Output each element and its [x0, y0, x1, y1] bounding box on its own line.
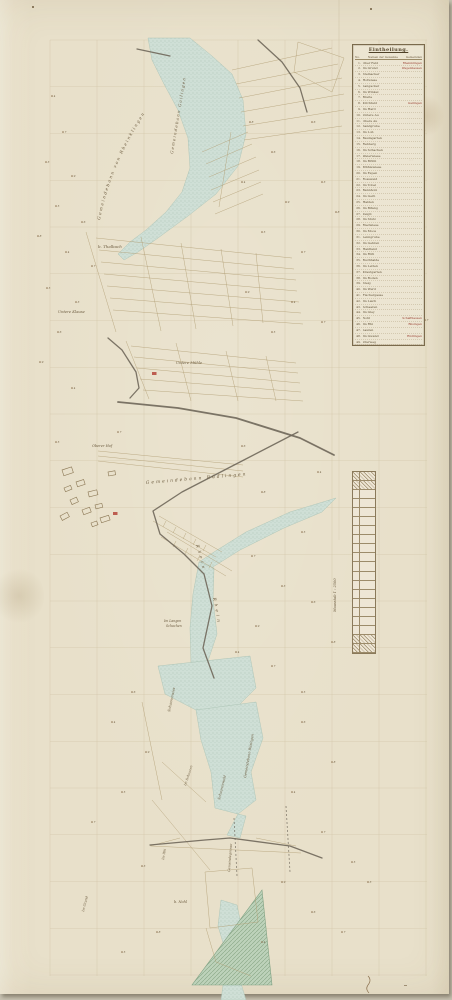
- survey-point: 5: [55, 440, 59, 444]
- svg-text:5: 5: [58, 440, 60, 444]
- parcel-line: [221, 249, 233, 326]
- svg-text:6: 6: [314, 120, 316, 124]
- survey-point: 8: [156, 930, 160, 934]
- parcel-line: [101, 262, 296, 280]
- svg-text:4: 4: [319, 470, 322, 474]
- parcel-line: [236, 64, 338, 84]
- svg-text:7: 7: [254, 554, 256, 558]
- svg-text:3: 3: [370, 880, 372, 884]
- scale-tick: [353, 472, 375, 481]
- parcel-line: [243, 110, 344, 126]
- survey-point: 9: [285, 200, 289, 204]
- margin-squiggle: [367, 976, 370, 993]
- rhine-river: [118, 38, 336, 1000]
- scale-tick: [353, 499, 375, 508]
- parcel-line: [113, 310, 303, 324]
- svg-text:5: 5: [124, 790, 126, 794]
- svg-text:6: 6: [244, 444, 246, 448]
- svg-text:6: 6: [60, 330, 62, 334]
- parcel-line: [183, 533, 186, 539]
- survey-point: 3: [141, 864, 145, 868]
- svg-text:8: 8: [334, 760, 336, 764]
- map-label: b. Thalbach: [98, 244, 122, 249]
- legend-header-no: No.: [355, 55, 360, 59]
- survey-point: 3: [321, 180, 325, 184]
- svg-text:8: 8: [334, 640, 336, 644]
- survey-point: 5: [121, 790, 125, 794]
- svg-text:4: 4: [237, 650, 240, 654]
- svg-text:3: 3: [78, 300, 80, 304]
- survey-point: 4: [317, 470, 321, 474]
- building-outline: [62, 467, 73, 476]
- svg-text:6: 6: [314, 600, 316, 604]
- survey-point: 8: [261, 490, 265, 494]
- map-label: Gemeindegrenze: [227, 843, 233, 872]
- survey-point: 5: [261, 230, 265, 234]
- survey-point: 7: [301, 250, 305, 254]
- legend-header-muni: Gemeinden: [406, 55, 422, 59]
- survey-point: 6: [311, 600, 315, 604]
- survey-point: 5: [121, 950, 125, 954]
- svg-text:6: 6: [84, 220, 86, 224]
- svg-text:8: 8: [264, 490, 266, 494]
- svg-text:4: 4: [243, 180, 246, 184]
- parcel-line: [241, 94, 344, 112]
- survey-point: 8: [335, 210, 339, 214]
- scale-tick: [353, 490, 375, 499]
- survey-point: 4: [65, 250, 69, 254]
- svg-text:9: 9: [284, 880, 286, 884]
- parcel-line: [143, 390, 303, 401]
- river-polygon: [199, 498, 336, 570]
- survey-point: 6: [81, 220, 85, 224]
- scale-tick: [353, 553, 375, 562]
- parcel-line: [151, 846, 301, 853]
- svg-text:8: 8: [338, 210, 340, 214]
- parcel-line: [131, 346, 296, 363]
- map-label: Im Rhi: [161, 849, 167, 862]
- svg-text:7: 7: [304, 250, 306, 254]
- survey-point: 6: [57, 330, 61, 334]
- scale-tick: [353, 544, 375, 553]
- svg-text:9: 9: [42, 360, 44, 364]
- survey-point: 6: [241, 444, 245, 448]
- svg-text:9: 9: [74, 174, 76, 178]
- parcel-line: [193, 539, 196, 545]
- svg-text:7: 7: [94, 264, 96, 268]
- svg-text:5: 5: [58, 204, 60, 208]
- survey-point: 5: [301, 530, 305, 534]
- svg-text:3: 3: [284, 584, 286, 588]
- svg-text:4: 4: [293, 300, 296, 304]
- parcel-line: [205, 872, 210, 928]
- svg-text:4: 4: [293, 790, 296, 794]
- svg-text:7: 7: [344, 930, 346, 934]
- survey-point: 7: [341, 930, 345, 934]
- map-label: Untere Mühle: [176, 361, 203, 365]
- building-outline: [108, 471, 116, 476]
- boundary-dashed-line: [286, 806, 290, 872]
- svg-text:8: 8: [252, 120, 254, 124]
- survey-point: 9: [281, 880, 285, 884]
- svg-text:7: 7: [120, 430, 122, 434]
- svg-text:6: 6: [134, 690, 136, 694]
- svg-text:7: 7: [324, 320, 326, 324]
- scale-bar: [352, 471, 376, 654]
- survey-point: 5: [351, 860, 355, 864]
- svg-text:7: 7: [274, 664, 276, 668]
- scale-tick: [353, 617, 375, 626]
- survey-point: 4: [111, 720, 115, 724]
- survey-point: 4: [291, 300, 295, 304]
- survey-point: 9: [39, 360, 43, 364]
- village-buildings: [60, 467, 116, 527]
- survey-point: 6: [131, 690, 135, 694]
- building-outline: [100, 515, 110, 523]
- road-line: [108, 338, 139, 398]
- legend-title: Eintheilung.: [355, 46, 422, 55]
- red-parcel-mark: [113, 512, 118, 515]
- survey-point: 3: [367, 880, 371, 884]
- svg-text:7: 7: [427, 318, 429, 322]
- map-label: Im Schaaren: [183, 765, 194, 787]
- scale-tick: [353, 608, 375, 617]
- survey-point: 7: [91, 820, 95, 824]
- survey-point: 8: [37, 234, 41, 238]
- survey-point: 6: [311, 120, 315, 124]
- road-line: [118, 402, 334, 455]
- survey-point: 6: [311, 910, 315, 914]
- building-outline: [76, 480, 85, 487]
- svg-text:3: 3: [324, 180, 326, 184]
- parcel-line: [153, 521, 216, 557]
- survey-point: 9: [71, 174, 75, 178]
- survey-point: 4: [241, 180, 245, 184]
- scale-tick: [353, 526, 375, 535]
- survey-point: 9: [145, 750, 149, 754]
- map-label: Schachen: [166, 624, 182, 628]
- survey-point: 5: [301, 690, 305, 694]
- parcel-line: [163, 521, 166, 527]
- survey-point: 9: [245, 290, 249, 294]
- parcel-line: [266, 356, 276, 401]
- scale-tick: [353, 508, 375, 517]
- svg-text:7: 7: [94, 820, 96, 824]
- svg-text:4: 4: [113, 720, 116, 724]
- map-label: Im Langen: [163, 619, 181, 623]
- survey-point: 6: [271, 150, 275, 154]
- river-polygon: [227, 814, 246, 838]
- svg-text:8: 8: [159, 930, 161, 934]
- survey-point: 7: [321, 830, 325, 834]
- svg-text:6: 6: [314, 910, 316, 914]
- survey-point: 4: [51, 94, 55, 98]
- survey-point: 3: [281, 584, 285, 588]
- scale-tick: [353, 481, 375, 490]
- map-sheet-scan: 4739568475369475864957368475964857369475…: [0, 0, 452, 1000]
- building-outline: [95, 503, 103, 509]
- survey-point: 7: [271, 664, 275, 668]
- survey-point: 5: [271, 330, 275, 334]
- survey-point: 7: [117, 430, 121, 434]
- parcel-line: [99, 250, 294, 269]
- scale-tick: [353, 581, 375, 590]
- survey-point: 5: [55, 204, 59, 208]
- parcel-line: [215, 194, 263, 214]
- building-outline: [64, 485, 72, 491]
- svg-text:7: 7: [324, 830, 326, 834]
- scale-tick: [353, 635, 375, 644]
- scale-tick: [353, 535, 375, 544]
- building-outline: [88, 490, 98, 497]
- survey-point: 4: [235, 650, 239, 654]
- parcel-line: [232, 48, 332, 70]
- map-label: Im Grund: [81, 896, 89, 914]
- svg-text:5: 5: [124, 950, 126, 954]
- building-outline: [82, 507, 91, 514]
- red-parcel-mark: [152, 372, 157, 375]
- scale-tick: [353, 644, 375, 653]
- svg-text:9: 9: [258, 624, 260, 628]
- legend-header-name: Namen der Gewanne: [368, 55, 398, 59]
- parcel-line: [104, 274, 297, 291]
- parcel-line: [134, 357, 298, 373]
- parcel-line: [142, 702, 162, 800]
- scale-tick: [353, 517, 375, 526]
- survey-point: 3: [45, 160, 49, 164]
- svg-text:4: 4: [67, 250, 70, 254]
- svg-text:3: 3: [144, 864, 146, 868]
- survey-point: 6: [301, 720, 305, 724]
- parcel-line: [226, 351, 238, 401]
- svg-text:8: 8: [40, 234, 42, 238]
- parcel-line: [173, 527, 176, 533]
- svg-text:9: 9: [288, 200, 290, 204]
- survey-point: 4: [71, 386, 75, 390]
- survey-point: 4: [291, 790, 295, 794]
- svg-text:5: 5: [354, 860, 356, 864]
- legend-table: Eintheilung. No. Namen der Gewanne Gemei…: [352, 44, 425, 346]
- survey-point: 5: [46, 286, 50, 290]
- parcel-line: [181, 243, 196, 329]
- legend-rows: 1.Ober FeldRheinklingen2.Im GrundWagenha…: [355, 61, 422, 347]
- svg-text:9: 9: [148, 750, 150, 754]
- parcel-line: [110, 298, 301, 313]
- building-outline: [60, 512, 69, 520]
- map-label: Oberer Hof: [92, 444, 113, 448]
- map-label: Gemeindebann von Rheinklingen: [96, 111, 146, 221]
- parcel-line: [159, 516, 222, 552]
- map-label: Untere Klause: [58, 310, 86, 314]
- survey-point: 9: [255, 624, 259, 628]
- svg-text:4: 4: [53, 94, 56, 98]
- svg-text:4: 4: [263, 940, 266, 944]
- survey-point: 3: [75, 300, 79, 304]
- parcel-line: [206, 928, 216, 962]
- survey-point: 7: [91, 264, 95, 268]
- svg-text:4: 4: [73, 386, 76, 390]
- scale-label: Maasstab 1 : 2500: [333, 492, 337, 612]
- svg-text:6: 6: [274, 150, 276, 154]
- scale-tick: [353, 572, 375, 581]
- road-line: [258, 40, 307, 112]
- scale-tick: [353, 563, 375, 572]
- legend-header-row: No. Namen der Gewanne Gemeinden: [355, 55, 422, 61]
- scale-tick: [353, 599, 375, 608]
- svg-text:5: 5: [304, 530, 306, 534]
- map-label: b. Nohl: [174, 900, 187, 904]
- building-outline: [70, 497, 78, 504]
- scale-tick: [353, 626, 375, 635]
- svg-text:5: 5: [274, 330, 276, 334]
- svg-text:5: 5: [264, 230, 266, 234]
- svg-text:6: 6: [304, 720, 306, 724]
- parcel-line: [244, 126, 342, 140]
- svg-text:3: 3: [48, 160, 50, 164]
- river-polygon: [196, 702, 263, 814]
- scale-tick: [353, 590, 375, 599]
- survey-point: 7: [251, 554, 255, 558]
- svg-text:9: 9: [248, 290, 250, 294]
- parcel-line: [239, 78, 342, 98]
- legend-row: 50.Im SandFlurlingen: [355, 345, 422, 346]
- svg-text:5: 5: [304, 690, 306, 694]
- svg-text:7: 7: [65, 130, 67, 134]
- svg-text:5: 5: [49, 286, 51, 290]
- parcel-line: [298, 42, 344, 58]
- parcel-line: [203, 545, 206, 551]
- survey-point: 8: [249, 120, 253, 124]
- parcel-line: [294, 42, 298, 72]
